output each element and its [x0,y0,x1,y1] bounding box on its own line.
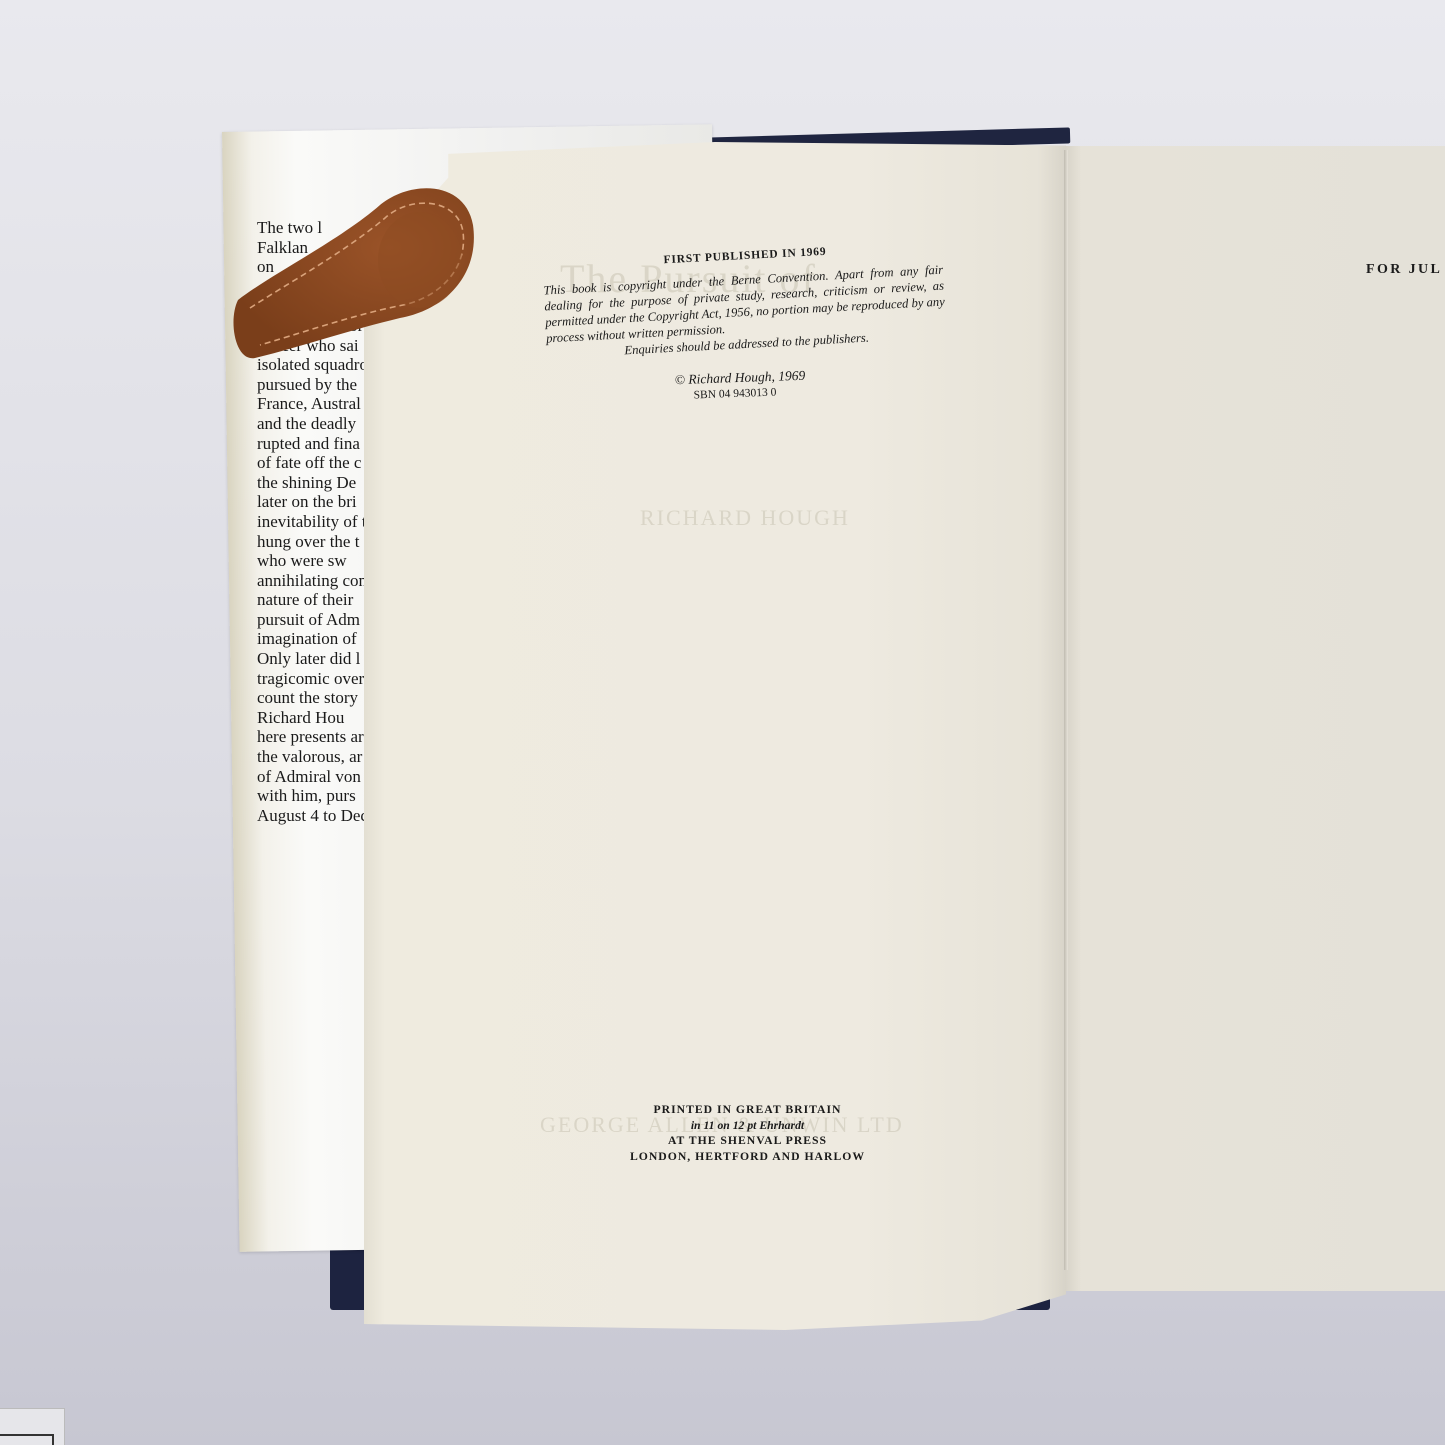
show-through-author: RICHARD HOUGH [640,505,850,531]
recto-page [1066,146,1445,1291]
printer-line-2: in 11 on 12 pt Ehrhardt [560,1118,935,1134]
printer-line-1: PRINTED IN GREAT BRITAIN [560,1102,935,1118]
dedication-text: FOR JUL [1366,262,1442,278]
corner-label-border [0,1434,54,1445]
printer-line-3: AT THE SHENVAL PRESS [560,1133,935,1149]
printer-line-4: LONDON, HERTFORD AND HARLOW [560,1149,935,1165]
printer-imprint: PRINTED IN GREAT BRITAIN in 11 on 12 pt … [560,1102,935,1164]
leather-bookmark-icon [230,180,490,365]
book-gutter [1064,150,1068,1270]
